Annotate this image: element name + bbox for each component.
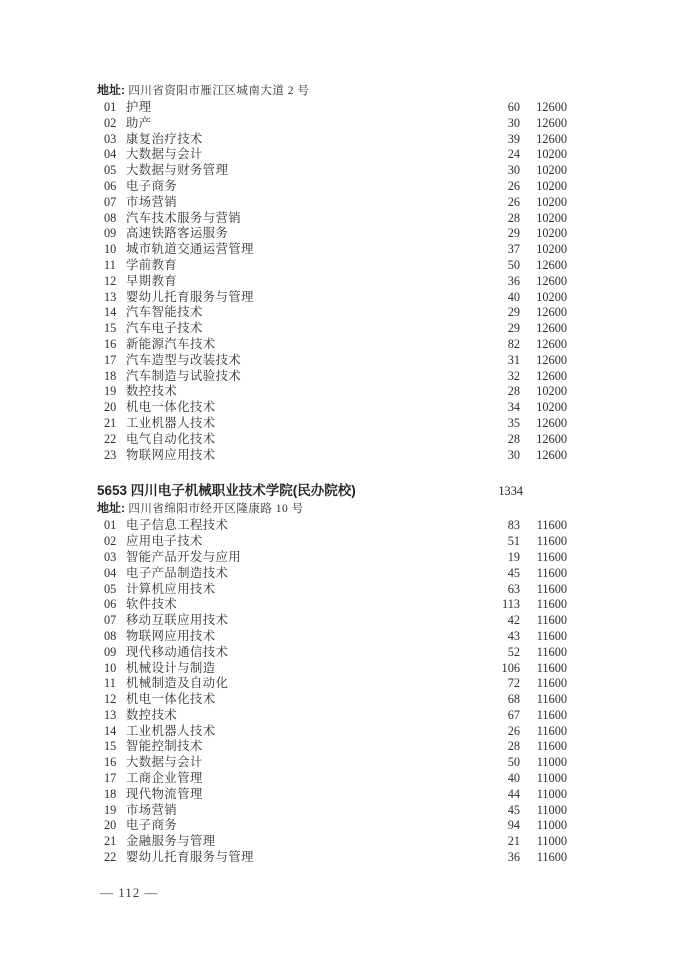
major-number: 19 [104,803,126,819]
major-row: 04大数据与会计2410200 [104,147,567,163]
major-row: 15汽车电子技术2912600 [104,321,567,337]
major-row: 11学前教育5012600 [104,258,567,274]
major-number: 20 [104,400,126,416]
major-tuition-fee: 11600 [520,676,567,692]
major-name: 现代移动通信技术 [126,645,480,661]
major-row: 06软件技术11311600 [104,597,567,613]
major-plan-count: 35 [480,416,520,432]
major-row: 20机电一体化技术3410200 [104,400,567,416]
major-name: 机械设计与制造 [126,661,480,677]
major-row: 09高速铁路客运服务2910200 [104,226,567,242]
major-tuition-fee: 11600 [520,724,567,740]
major-number: 22 [104,432,126,448]
major-tuition-fee: 11000 [520,755,567,771]
major-tuition-fee: 11000 [520,818,567,834]
major-name: 智能控制技术 [126,739,480,755]
major-tuition-fee: 12600 [520,258,567,274]
major-number: 13 [104,290,126,306]
major-plan-count: 43 [480,629,520,645]
major-plan-count: 28 [480,211,520,227]
major-tuition-fee: 10200 [520,195,567,211]
major-row: 06电子商务2610200 [104,179,567,195]
major-tuition-fee: 11600 [520,613,567,629]
institution-section: 地址: 四川省资阳市雁江区城南大道 2 号01护理601260002助产3012… [97,82,567,463]
major-plan-count: 34 [480,400,520,416]
major-name: 电子信息工程技术 [126,518,480,534]
major-rows: 01护理601260002助产301260003康复治疗技术391260004大… [97,100,567,463]
major-name: 汽车智能技术 [126,305,480,321]
major-row: 22电气自动化技术2812600 [104,432,567,448]
major-plan-count: 42 [480,613,520,629]
major-tuition-fee: 10200 [520,290,567,306]
major-number: 17 [104,771,126,787]
major-row: 14汽车智能技术2912600 [104,305,567,321]
major-plan-count: 82 [480,337,520,353]
major-plan-count: 28 [480,432,520,448]
major-number: 01 [104,100,126,116]
major-plan-count: 39 [480,132,520,148]
address-label: 地址: [97,83,125,97]
major-name: 工商企业管理 [126,771,480,787]
major-plan-count: 45 [480,803,520,819]
major-name: 电子产品制造技术 [126,566,480,582]
major-row: 13婴幼儿托育服务与管理4010200 [104,290,567,306]
major-tuition-fee: 11600 [520,850,567,866]
major-row: 19市场营销4511000 [104,803,567,819]
major-name: 新能源汽车技术 [126,337,480,353]
major-row: 14工业机器人技术2611600 [104,724,567,740]
major-number: 04 [104,566,126,582]
major-row: 21金融服务与管理2111000 [104,834,567,850]
major-name: 物联网应用技术 [126,629,480,645]
major-name: 汽车技术服务与营销 [126,211,480,227]
major-tuition-fee: 11600 [520,629,567,645]
major-tuition-fee: 11600 [520,692,567,708]
major-number: 07 [104,613,126,629]
major-name: 工业机器人技术 [126,724,480,740]
major-row: 20电子商务9411000 [104,818,567,834]
major-name: 工业机器人技术 [126,416,480,432]
major-tuition-fee: 12600 [520,274,567,290]
major-tuition-fee: 11600 [520,597,567,613]
major-number: 02 [104,534,126,550]
major-number: 07 [104,195,126,211]
major-name: 学前教育 [126,258,480,274]
major-row: 15智能控制技术2811600 [104,739,567,755]
major-row: 16大数据与会计5011000 [104,755,567,771]
major-number: 09 [104,226,126,242]
major-plan-count: 26 [480,724,520,740]
major-row: 02助产3012600 [104,116,567,132]
major-name: 城市轨道交通运营管理 [126,242,480,258]
major-plan-count: 63 [480,582,520,598]
major-plan-count: 37 [480,242,520,258]
major-name: 机械制造及自动化 [126,676,480,692]
major-number: 09 [104,645,126,661]
major-name: 电气自动化技术 [126,432,480,448]
major-number: 21 [104,416,126,432]
major-row: 01电子信息工程技术8311600 [104,518,567,534]
major-plan-count: 52 [480,645,520,661]
major-name: 婴幼儿托育服务与管理 [126,850,480,866]
major-plan-count: 30 [480,116,520,132]
major-name: 机电一体化技术 [126,400,480,416]
major-row: 02应用电子技术5111600 [104,534,567,550]
major-row: 10机械设计与制造10611600 [104,661,567,677]
major-plan-count: 29 [480,226,520,242]
major-plan-count: 67 [480,708,520,724]
major-number: 11 [104,676,126,692]
major-row: 05大数据与财务管理3010200 [104,163,567,179]
major-number: 05 [104,582,126,598]
major-name: 大数据与会计 [126,147,480,163]
major-name: 计算机应用技术 [126,582,480,598]
major-number: 20 [104,818,126,834]
major-number: 22 [104,850,126,866]
major-tuition-fee: 12600 [520,337,567,353]
major-tuition-fee: 11000 [520,787,567,803]
major-plan-count: 51 [480,534,520,550]
major-row: 18汽车制造与试验技术3212600 [104,369,567,385]
major-number: 06 [104,597,126,613]
major-name: 康复治疗技术 [126,132,480,148]
major-number: 08 [104,629,126,645]
major-name: 大数据与财务管理 [126,163,480,179]
major-plan-count: 32 [480,369,520,385]
major-plan-count: 28 [480,384,520,400]
major-name: 大数据与会计 [126,755,480,771]
major-row: 10城市轨道交通运营管理3710200 [104,242,567,258]
major-plan-count: 94 [480,818,520,834]
major-plan-count: 50 [480,258,520,274]
major-number: 15 [104,321,126,337]
major-number: 21 [104,834,126,850]
major-row: 08物联网应用技术4311600 [104,629,567,645]
major-number: 16 [104,337,126,353]
major-number: 18 [104,369,126,385]
major-name: 电子商务 [126,818,480,834]
major-number: 17 [104,353,126,369]
major-name: 应用电子技术 [126,534,480,550]
institution-header: 5653 四川电子机械职业技术学院(民办院校)1334 [97,482,567,500]
major-name: 高速铁路客运服务 [126,226,480,242]
major-tuition-fee: 10200 [520,242,567,258]
major-tuition-fee: 11600 [520,661,567,677]
major-number: 13 [104,708,126,724]
major-row: 03智能产品开发与应用1911600 [104,550,567,566]
address-text: 四川省资阳市雁江区城南大道 2 号 [125,85,309,97]
major-row: 19数控技术2810200 [104,384,567,400]
major-tuition-fee: 10200 [520,163,567,179]
major-tuition-fee: 11600 [520,566,567,582]
major-number: 23 [104,448,126,464]
major-number: 14 [104,724,126,740]
major-number: 14 [104,305,126,321]
major-plan-count: 36 [480,274,520,290]
page-number: — 112 — [100,885,159,901]
major-number: 02 [104,116,126,132]
major-number: 03 [104,550,126,566]
major-plan-count: 26 [480,195,520,211]
major-number: 18 [104,787,126,803]
address-line: 地址: 四川省绵阳市经开区隆康路 10 号 [97,500,567,516]
major-number: 05 [104,163,126,179]
major-row: 16新能源汽车技术8212600 [104,337,567,353]
major-number: 15 [104,739,126,755]
major-name: 软件技术 [126,597,480,613]
major-tuition-fee: 12600 [520,305,567,321]
major-plan-count: 40 [480,771,520,787]
major-tuition-fee: 10200 [520,147,567,163]
major-name: 电子商务 [126,179,480,195]
major-number: 11 [104,258,126,274]
major-number: 04 [104,147,126,163]
major-tuition-fee: 12600 [520,100,567,116]
major-number: 10 [104,242,126,258]
major-name: 现代物流管理 [126,787,480,803]
major-row: 23物联网应用技术3012600 [104,448,567,464]
major-tuition-fee: 11600 [520,550,567,566]
major-tuition-fee: 11600 [520,645,567,661]
major-tuition-fee: 11600 [520,708,567,724]
major-number: 01 [104,518,126,534]
major-plan-count: 21 [480,834,520,850]
major-number: 03 [104,132,126,148]
major-tuition-fee: 12600 [520,116,567,132]
major-tuition-fee: 10200 [520,179,567,195]
address-line: 地址: 四川省资阳市雁江区城南大道 2 号 [97,82,567,98]
major-row: 08汽车技术服务与营销2810200 [104,211,567,227]
major-plan-count: 45 [480,566,520,582]
major-tuition-fee: 12600 [520,448,567,464]
major-number: 06 [104,179,126,195]
major-number: 12 [104,274,126,290]
major-tuition-fee: 11600 [520,534,567,550]
major-plan-count: 68 [480,692,520,708]
major-number: 12 [104,692,126,708]
major-name: 早期教育 [126,274,480,290]
major-row: 18现代物流管理4411000 [104,787,567,803]
major-row: 04电子产品制造技术4511600 [104,566,567,582]
major-plan-count: 50 [480,755,520,771]
major-plan-count: 106 [480,661,520,677]
major-row: 12早期教育3612600 [104,274,567,290]
major-tuition-fee: 12600 [520,321,567,337]
major-number: 08 [104,211,126,227]
major-plan-count: 72 [480,676,520,692]
address-text: 四川省绵阳市经开区隆康路 10 号 [125,503,304,515]
major-plan-count: 31 [480,353,520,369]
major-plan-count: 44 [480,787,520,803]
major-plan-count: 19 [480,550,520,566]
major-row: 22婴幼儿托育服务与管理3611600 [104,850,567,866]
major-row: 03康复治疗技术3912600 [104,132,567,148]
major-name: 护理 [126,100,480,116]
major-rows: 01电子信息工程技术831160002应用电子技术511160003智能产品开发… [97,518,567,866]
major-row: 09现代移动通信技术5211600 [104,645,567,661]
major-plan-count: 26 [480,179,520,195]
major-number: 19 [104,384,126,400]
major-name: 汽车制造与试验技术 [126,369,480,385]
major-plan-count: 113 [480,597,520,613]
major-name: 数控技术 [126,384,480,400]
major-plan-count: 30 [480,163,520,179]
major-name: 移动互联应用技术 [126,613,480,629]
major-plan-count: 29 [480,305,520,321]
major-tuition-fee: 12600 [520,432,567,448]
major-name: 助产 [126,116,480,132]
major-name: 数控技术 [126,708,480,724]
major-tuition-fee: 10200 [520,400,567,416]
major-tuition-fee: 11600 [520,582,567,598]
major-number: 16 [104,755,126,771]
major-number: 10 [104,661,126,677]
major-plan-count: 36 [480,850,520,866]
major-name: 汽车电子技术 [126,321,480,337]
major-plan-count: 24 [480,147,520,163]
major-tuition-fee: 11000 [520,771,567,787]
major-tuition-fee: 11600 [520,518,567,534]
major-tuition-fee: 12600 [520,369,567,385]
major-row: 12机电一体化技术6811600 [104,692,567,708]
major-name: 机电一体化技术 [126,692,480,708]
major-row: 07移动互联应用技术4211600 [104,613,567,629]
major-tuition-fee: 12600 [520,416,567,432]
major-name: 市场营销 [126,195,480,211]
major-name: 市场营销 [126,803,480,819]
major-tuition-fee: 10200 [520,384,567,400]
major-name: 汽车造型与改装技术 [126,353,480,369]
major-row: 01护理6012600 [104,100,567,116]
major-tuition-fee: 10200 [520,226,567,242]
major-plan-count: 28 [480,739,520,755]
major-plan-count: 40 [480,290,520,306]
major-tuition-fee: 12600 [520,353,567,369]
major-name: 婴幼儿托育服务与管理 [126,290,480,306]
institution-total-count: 1334 [498,482,523,500]
major-tuition-fee: 12600 [520,132,567,148]
institution-section: 5653 四川电子机械职业技术学院(民办院校)1334地址: 四川省绵阳市经开区… [97,482,567,866]
major-row: 05计算机应用技术6311600 [104,582,567,598]
major-row: 11机械制造及自动化7211600 [104,676,567,692]
admissions-list: 地址: 四川省资阳市雁江区城南大道 2 号01护理601260002助产3012… [97,82,567,866]
major-tuition-fee: 11000 [520,803,567,819]
major-plan-count: 30 [480,448,520,464]
major-name: 物联网应用技术 [126,448,480,464]
major-row: 21工业机器人技术3512600 [104,416,567,432]
major-plan-count: 60 [480,100,520,116]
institution-code-name: 5653 四川电子机械职业技术学院(民办院校) [97,482,498,500]
major-plan-count: 83 [480,518,520,534]
major-tuition-fee: 10200 [520,211,567,227]
major-name: 智能产品开发与应用 [126,550,480,566]
major-row: 17汽车造型与改装技术3112600 [104,353,567,369]
major-row: 07市场营销2610200 [104,195,567,211]
major-name: 金融服务与管理 [126,834,480,850]
address-label: 地址: [97,501,125,515]
major-tuition-fee: 11600 [520,739,567,755]
major-row: 17工商企业管理4011000 [104,771,567,787]
major-row: 13数控技术6711600 [104,708,567,724]
major-plan-count: 29 [480,321,520,337]
major-tuition-fee: 11000 [520,834,567,850]
